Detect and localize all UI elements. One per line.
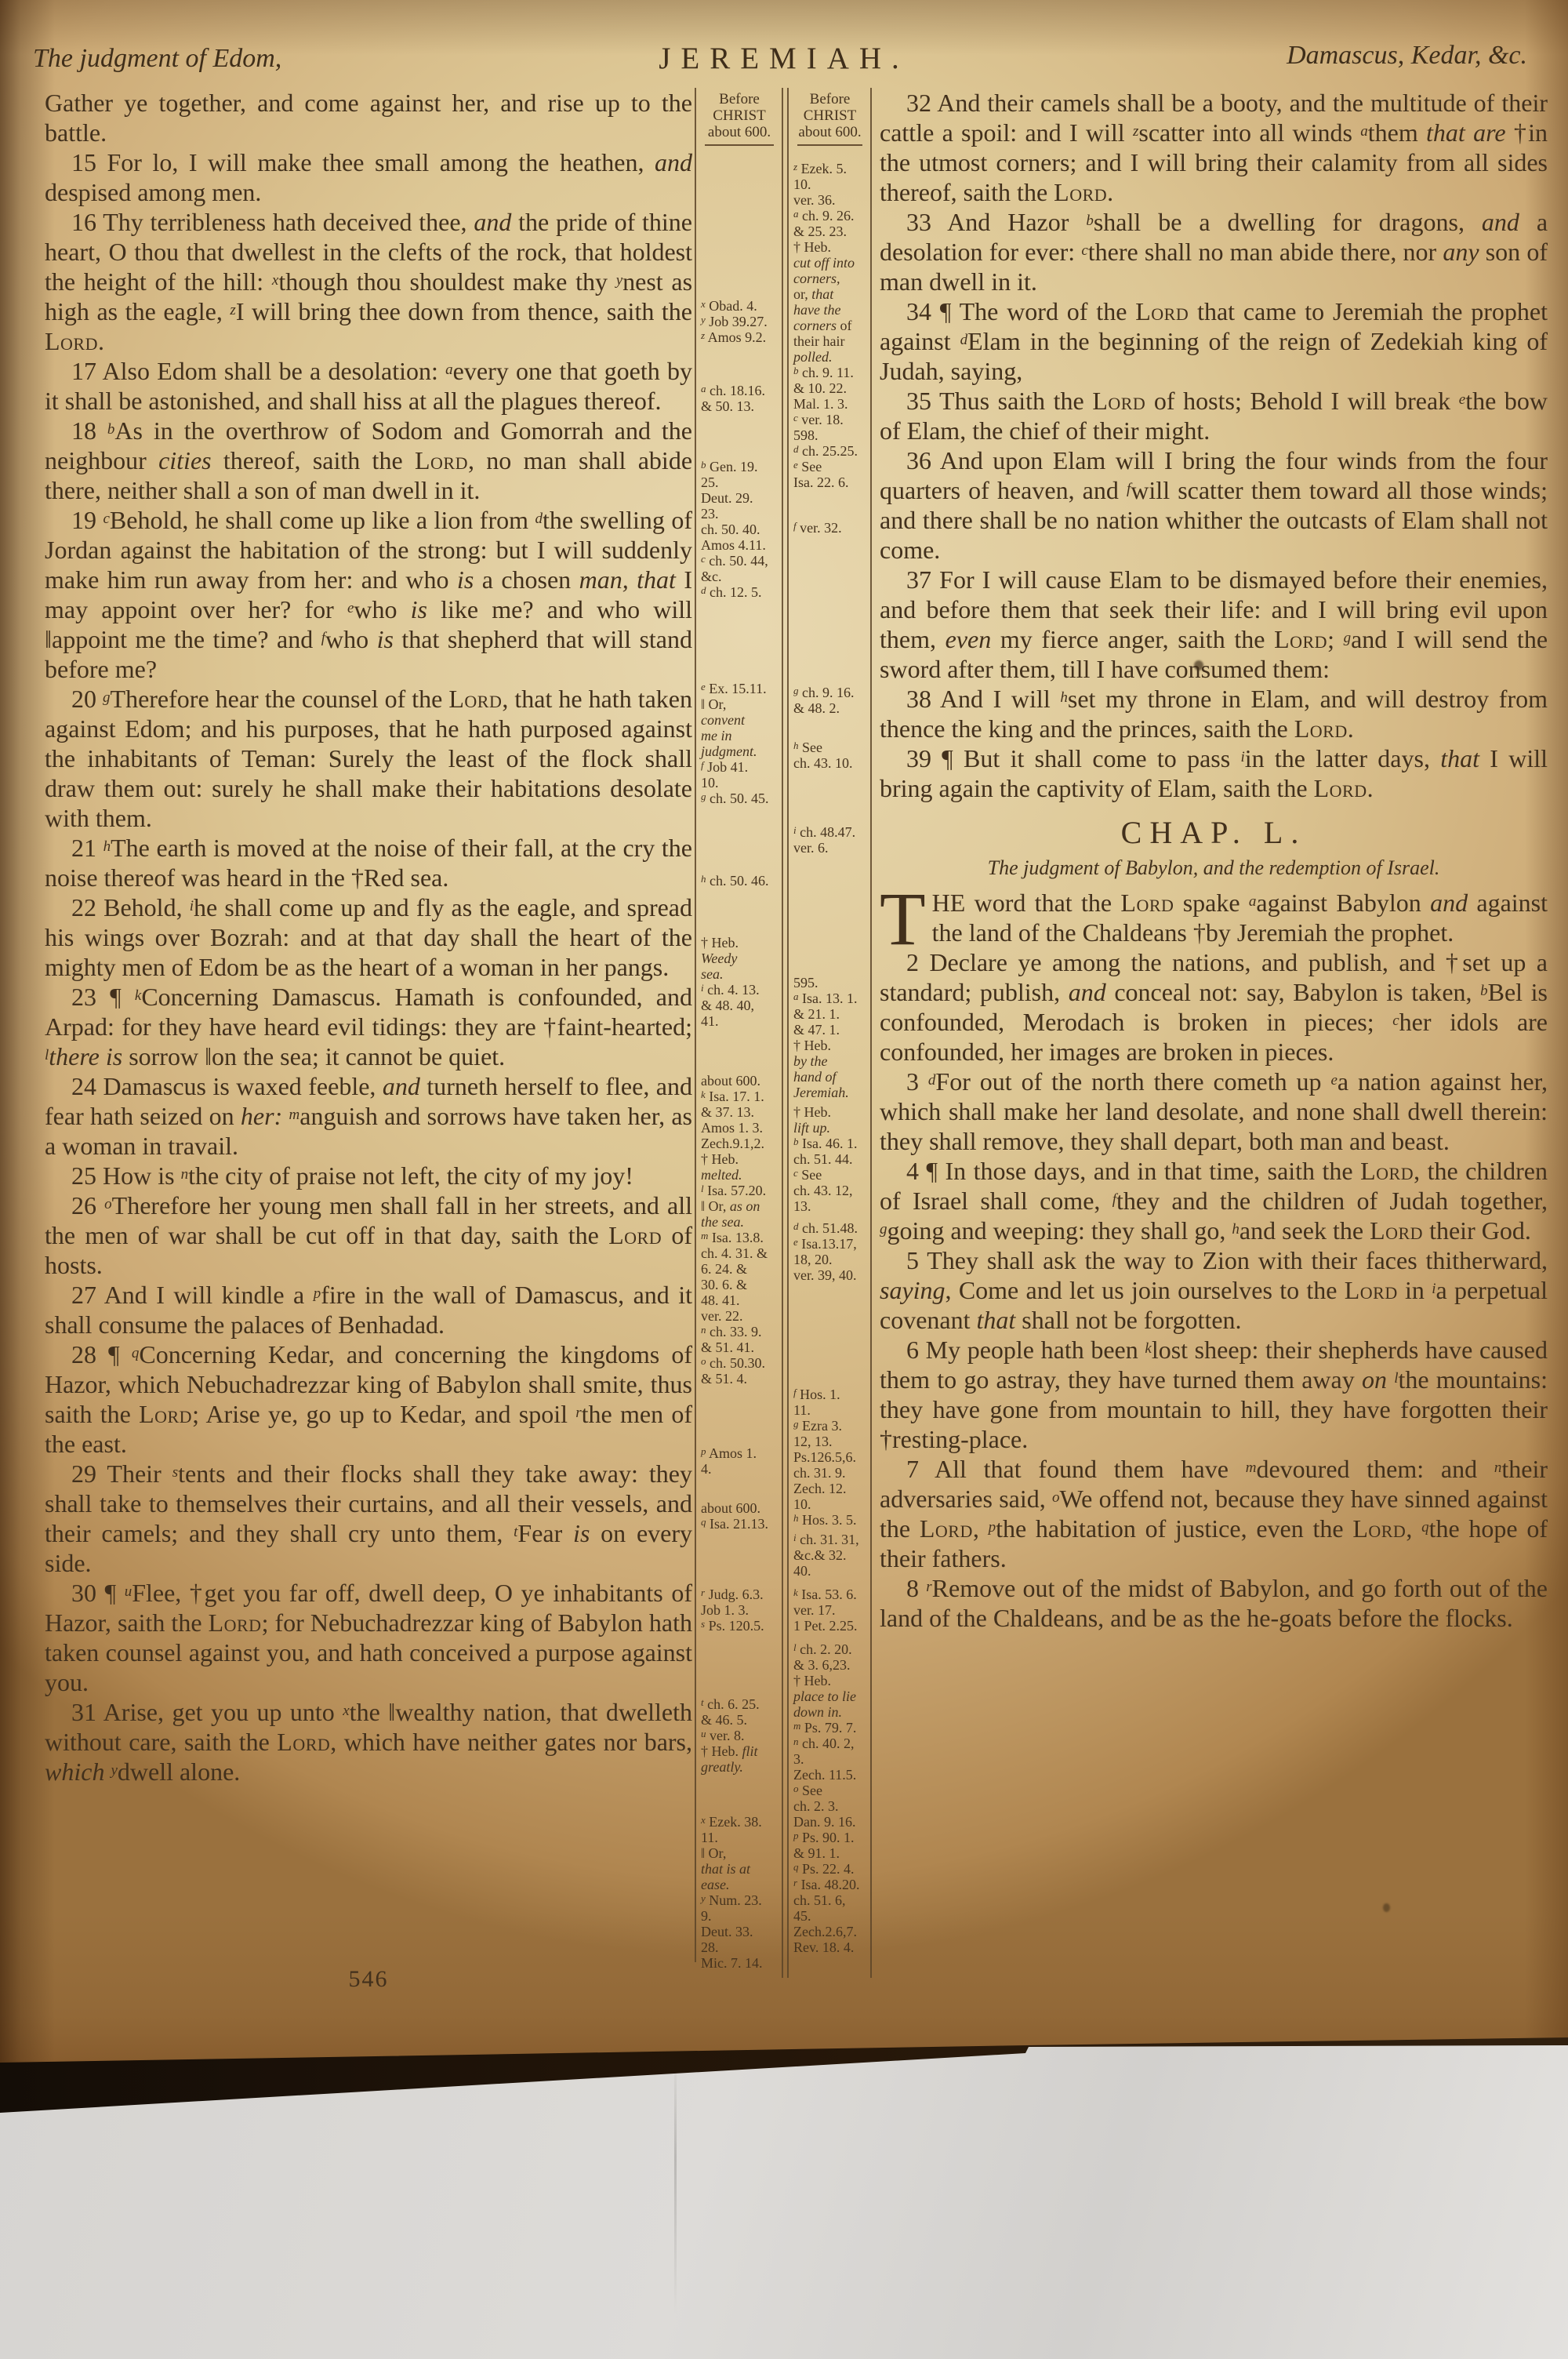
verse-paragraph: 26 oTherefore her young men shall fall i…: [45, 1190, 692, 1280]
margin-note-line: hand of: [793, 1069, 869, 1085]
margin-note-line: Deut. 33.: [701, 1924, 780, 1939]
margin-note-line: 595.: [793, 975, 869, 990]
verse-paragraph: 7 All that found them have mdevoured the…: [880, 1454, 1548, 1573]
margin-note-line: & 3. 6,23.: [793, 1657, 869, 1673]
margin-note-group: † Heb.lift up.b Isa. 46. 1.ch. 51. 44.c …: [793, 1104, 869, 1214]
verse-paragraph: 2 Declare ye among the nations, and publ…: [880, 947, 1548, 1067]
margin-note-line: & 51. 41.: [701, 1339, 780, 1355]
margin-note-line: k Isa. 53. 6.: [793, 1587, 869, 1602]
verse-paragraph: 28 ¶ qConcerning Kedar, and concerning t…: [45, 1339, 692, 1459]
margin-note-line: & 21. 1.: [793, 1006, 869, 1022]
margin-note-line: about 600.: [701, 1073, 780, 1089]
page-number: 546: [45, 1966, 692, 1993]
margin-note-line: † Heb.: [793, 1038, 869, 1053]
margin-note-group: k Isa. 53. 6.ver. 17.1 Pet. 2.25.: [793, 1587, 869, 1634]
margin-note-line: t ch. 6. 25.: [701, 1696, 780, 1712]
margin-note-group: l ch. 2. 20. & 3. 6,23.† Heb.place to li…: [793, 1641, 869, 1955]
margin-note-line: Amos 4.11.: [701, 537, 780, 553]
margin-note-line: Mic. 7. 14.: [701, 1955, 780, 1971]
margin-note-line: Ps.126.5,6.: [793, 1449, 869, 1465]
verse-paragraph: 19 cBehold, he shall come up like a lion…: [45, 505, 692, 684]
margin-note-line: 10.: [701, 775, 780, 791]
margin-note-line: 40.: [793, 1563, 869, 1579]
margin-note-line: l Isa. 57.20.: [701, 1183, 780, 1198]
margin-note-line: g Ezra 3.: [793, 1418, 869, 1434]
margin-note-line: judgment.: [701, 743, 780, 759]
margin-note-line: about 600.: [701, 1500, 780, 1516]
margin-note-line: & 91. 1.: [793, 1845, 869, 1861]
margin-note-group: r Judg. 6.3.Job 1. 3.s Ps. 120.5.: [701, 1587, 780, 1634]
margin-note-line: f ver. 32.: [793, 520, 869, 536]
margin-note-line: 11.: [793, 1402, 869, 1418]
verse-paragraph: 36 And upon Elam will I bring the four w…: [880, 445, 1548, 565]
margin-note-line: have the: [793, 302, 869, 318]
left-margin-column: BeforeCHRISTabout 600. x Obad. 4.y Job 3…: [699, 88, 780, 1986]
verse-paragraph: 22 Behold, ihe shall come up and fly as …: [45, 892, 692, 982]
chapter-heading: CHAP. L.: [880, 816, 1548, 850]
margin-note-line: a Isa. 13. 1.: [793, 990, 869, 1006]
verse-paragraph: 4 ¶ In those days, and in that time, sai…: [880, 1156, 1548, 1245]
margin-note-line: i ch. 4. 13.: [701, 982, 780, 998]
margin-note-group: z Ezek. 5. 10.ver. 36.a ch. 9. 26. & 25.…: [793, 161, 869, 490]
left-text-column: Gather ye together, and come against her…: [45, 88, 692, 1787]
margin-note-line: by the: [793, 1053, 869, 1069]
margin-note-line: u ver. 8.: [701, 1728, 780, 1743]
margin-header-rule: [797, 144, 862, 146]
margin-note-line: i ch. 48.47.: [793, 824, 869, 840]
margin-header: BeforeCHRISTabout 600.: [791, 91, 869, 140]
margin-note-line: their hair: [793, 333, 869, 349]
margin-note-line: e Ex. 15.11.: [701, 681, 780, 696]
margin-note-line: me in: [701, 728, 780, 743]
verse-paragraph: 16 Thy terribleness hath deceived thee, …: [45, 207, 692, 356]
margin-note-line: & 47. 1.: [793, 1022, 869, 1038]
margin-note-line: 10.: [793, 1496, 869, 1512]
margin-note-group: f Hos. 1. 11.g Ezra 3. 12, 13.Ps.126.5,6…: [793, 1387, 869, 1528]
margin-note-line: s Ps. 120.5.: [701, 1618, 780, 1634]
margin-note-line: m Ps. 79. 7.: [793, 1720, 869, 1736]
margin-note-line: 11.: [701, 1830, 780, 1845]
margin-note-line: sea.: [701, 966, 780, 982]
right-margin-column: BeforeCHRISTabout 600. z Ezek. 5. 10.ver…: [791, 88, 869, 1986]
first-verse-text: HE word that the Lord spake aagainst Bab…: [932, 889, 1548, 947]
verse-paragraph: 23 ¶ kConcerning Damascus. Hamath is con…: [45, 982, 692, 1071]
margin-note-line: &c.: [701, 569, 780, 584]
margin-note-line: Zech.2.6,7.: [793, 1924, 869, 1939]
margin-note-line: & 10. 22.: [793, 380, 869, 396]
margin-note-line: ease.: [701, 1877, 780, 1892]
margin-note-line: † Heb.: [701, 935, 780, 951]
margin-note-line: h Hos. 3. 5.: [793, 1512, 869, 1528]
margin-note-line: corners,: [793, 271, 869, 286]
margin-note-line: g ch. 50. 45.: [701, 791, 780, 806]
drop-cap: T: [880, 888, 932, 947]
margin-note-line: ch. 31. 9.: [793, 1465, 869, 1481]
margin-note-line: 23.: [701, 506, 780, 522]
margin-note-line: d ch. 51.48.: [793, 1220, 869, 1236]
running-head: The judgment of Edom, JEREMIAH. Damascus…: [0, 41, 1568, 78]
verse-paragraph: Gather ye together, and come against her…: [45, 88, 692, 147]
margin-note-group: about 600.k Isa. 17. 1. & 37. 13.Amos 1.…: [701, 1073, 780, 1387]
margin-note-group: x Obad. 4.y Job 39.27.z Amos 9.2.: [701, 298, 780, 345]
margin-note-line: n ch. 40. 2,: [793, 1736, 869, 1751]
margin-note-line: e Isa.13.17,: [793, 1236, 869, 1252]
margin-note-line: place to lie: [793, 1688, 869, 1704]
margin-note-line: Isa. 22. 6.: [793, 474, 869, 490]
margin-note-line: convent: [701, 712, 780, 728]
margin-note-line: 25.: [701, 474, 780, 490]
margin-note-line: f Hos. 1.: [793, 1387, 869, 1402]
margin-note-line: ‖ Or, as on: [701, 1198, 780, 1214]
verse-paragraph: 3 dFor out of the north there cometh up …: [880, 1067, 1548, 1156]
margin-note-line: 598.: [793, 427, 869, 443]
margin-note-line: lift up.: [793, 1120, 869, 1136]
margin-note-line: e See: [793, 459, 869, 474]
margin-note-line: 30. 6. &: [701, 1277, 780, 1292]
verse-paragraph: 24 Damascus is waxed feeble, and turneth…: [45, 1071, 692, 1161]
margin-note-line: 28.: [701, 1939, 780, 1955]
margin-note-line: g ch. 9. 16.: [793, 685, 869, 700]
margin-note-line: z Amos 9.2.: [701, 329, 780, 345]
margin-note-line: p Amos 1.: [701, 1445, 780, 1461]
margin-note-line: Amos 1. 3.: [701, 1120, 780, 1136]
verse-paragraph: 5 They shall ask the way to Zion with th…: [880, 1245, 1548, 1335]
margin-note-group: g ch. 9. 16. & 48. 2.: [793, 685, 869, 716]
margin-note-line: ‖ Or,: [701, 696, 780, 712]
margin-note-line: h ch. 50. 46.: [701, 873, 780, 889]
margin-note-line: † Heb.: [793, 1104, 869, 1120]
column-rule: [782, 88, 783, 1978]
margin-note-line: b ch. 9. 11.: [793, 365, 869, 380]
margin-note-line: † Heb.: [701, 1151, 780, 1167]
margin-note-line: d ch. 12. 5.: [701, 584, 780, 600]
margin-note-line: & 46. 5.: [701, 1712, 780, 1728]
verse-paragraph: 32 And their camels shall be a booty, an…: [880, 88, 1548, 207]
margin-note-line: ch. 43. 10.: [793, 755, 869, 771]
margin-note-line: c ch. 50. 44,: [701, 553, 780, 569]
margin-note-group: h Seech. 43. 10.: [793, 740, 869, 771]
margin-note-line: x Ezek. 38.: [701, 1814, 780, 1830]
margin-note-line: y Num. 23.: [701, 1892, 780, 1908]
verse-paragraph: 8 rRemove out of the midst of Babylon, a…: [880, 1573, 1548, 1633]
margin-note-line: &c.& 32.: [793, 1547, 869, 1563]
margin-note-line: k Isa. 17. 1.: [701, 1089, 780, 1104]
margin-note-line: melted.: [701, 1167, 780, 1183]
margin-note-line: Jeremiah.: [793, 1085, 869, 1100]
margin-note-line: & 48. 40,: [701, 998, 780, 1013]
margin-note-line: & 48. 2.: [793, 700, 869, 716]
margin-note-line: p Ps. 90. 1.: [793, 1830, 869, 1845]
margin-note-line: q Isa. 21.13.: [701, 1516, 780, 1532]
margin-note-line: o See: [793, 1783, 869, 1798]
margin-note-line: 6. 24. &: [701, 1261, 780, 1277]
verse-paragraph: 6 My people hath been klost sheep: their…: [880, 1335, 1548, 1454]
margin-note-line: & 50. 13.: [701, 398, 780, 414]
verse-paragraph: 34 ¶ The word of the Lord that came to J…: [880, 296, 1548, 386]
margin-note-line: 3.: [793, 1751, 869, 1767]
margin-note-line: ver. 6.: [793, 840, 869, 856]
margin-note-line: 4.: [701, 1461, 780, 1477]
verse-paragraph: 18 bAs in the overthrow of Sodom and Gom…: [45, 416, 692, 505]
margin-note-line: Zech. 11.5.: [793, 1767, 869, 1783]
margin-note-line: cut off into: [793, 255, 869, 271]
margin-note-line: Deut. 29.: [701, 490, 780, 506]
margin-note-group: a ch. 18.16. & 50. 13.: [701, 383, 780, 414]
margin-note-line: that is at: [701, 1861, 780, 1877]
margin-note-group: f ver. 32.: [793, 520, 869, 536]
verse-paragraph: 21 hThe earth is moved at the noise of t…: [45, 833, 692, 892]
margin-note-line: 12, 13.: [793, 1434, 869, 1449]
margin-note-line: c ver. 18.: [793, 412, 869, 427]
margin-note-line: 41.: [701, 1013, 780, 1029]
margin-note-line: ch. 51. 6,: [793, 1892, 869, 1908]
margin-note-line: b Isa. 46. 1.: [793, 1136, 869, 1151]
running-head-right: Damascus, Kedar, &c.: [1287, 41, 1527, 71]
margin-note-line: ‖ Or,: [701, 1845, 780, 1861]
margin-note-line: & 37. 13.: [701, 1104, 780, 1120]
verse-paragraph: 27 And I will kindle a pfire in the wall…: [45, 1280, 692, 1339]
margin-note-line: Mal. 1. 3.: [793, 396, 869, 412]
margin-note-line: b Gen. 19.: [701, 459, 780, 474]
margin-note-line: 45.: [793, 1908, 869, 1924]
margin-note-line: the sea.: [701, 1214, 780, 1230]
column-rule: [787, 88, 789, 1978]
margin-note-line: c See: [793, 1167, 869, 1183]
margin-note-line: & 51. 4.: [701, 1371, 780, 1387]
book-page: The judgment of Edom, JEREMIAH. Damascus…: [0, 0, 1568, 2086]
margin-note-line: z Ezek. 5.: [793, 161, 869, 176]
margin-note-line: 1 Pet. 2.25.: [793, 1618, 869, 1634]
verse-paragraph: 33 And Hazor bshall be a dwelling for dr…: [880, 207, 1548, 296]
margin-note-group: e Ex. 15.11.‖ Or,conventme injudgment.f …: [701, 681, 780, 806]
book-photo: { "header": { "left": "The judgment of E…: [0, 0, 1568, 2359]
margin-note-line: or, that: [793, 286, 869, 302]
margin-note-line: ch. 50. 40.: [701, 522, 780, 537]
margin-header-line: about 600.: [791, 124, 869, 140]
margin-note-group: p Amos 1. 4.: [701, 1445, 780, 1477]
verse-paragraph: 25 How is nthe city of praise not left, …: [45, 1161, 692, 1190]
margin-note-line: r Isa. 48.20.: [793, 1877, 869, 1892]
margin-note-line: 18, 20.: [793, 1252, 869, 1267]
margin-note-line: x Obad. 4.: [701, 298, 780, 314]
margin-note-line: † Heb.: [793, 1673, 869, 1688]
margin-note-line: h See: [793, 740, 869, 755]
margin-note-line: Job 1. 3.: [701, 1602, 780, 1618]
margin-note-line: a ch. 18.16.: [701, 383, 780, 398]
margin-note-group: h ch. 50. 46.: [701, 873, 780, 889]
margin-note-line: d ch. 25.25.: [793, 443, 869, 459]
margin-note-line: † Heb. flit: [701, 1743, 780, 1759]
verse-paragraph: 39 ¶ But it shall come to pass iin the l…: [880, 743, 1548, 803]
column-rule: [870, 88, 872, 1978]
margin-note-line: ch. 43. 12,: [793, 1183, 869, 1198]
verse-paragraph: 35 Thus saith the Lord of hosts; Behold …: [880, 386, 1548, 445]
margin-note-line: greatly.: [701, 1759, 780, 1775]
margin-note-line: ver. 36.: [793, 192, 869, 208]
margin-note-line: Dan. 9. 16.: [793, 1814, 869, 1830]
verse-paragraph: THE word that the Lord spake aagainst Ba…: [880, 888, 1548, 947]
margin-header-rule: [705, 144, 773, 146]
margin-note-line: ch. 4. 31. &: [701, 1245, 780, 1261]
margin-note-line: l ch. 2. 20.: [793, 1641, 869, 1657]
margin-header-line: CHRIST: [699, 107, 780, 124]
verse-paragraph: 37 For I will cause Elam to be dismayed …: [880, 565, 1548, 684]
verse-paragraph: 15 For lo, I will make thee small among …: [45, 147, 692, 207]
verse-paragraph: 31 Arise, get you up unto xthe ‖wealthy …: [45, 1697, 692, 1787]
margin-note-group: about 600.q Isa. 21.13.: [701, 1500, 780, 1532]
margin-note-line: r Judg. 6.3.: [701, 1587, 780, 1602]
margin-header-line: about 600.: [699, 124, 780, 140]
margin-note-line: 10.: [793, 176, 869, 192]
verse-paragraph: 29 Their stents and their flocks shall t…: [45, 1459, 692, 1578]
margin-note-line: 9.: [701, 1908, 780, 1924]
margin-note-line: † Heb.: [793, 239, 869, 255]
page-stain: [1383, 1903, 1390, 1912]
margin-note-group: b Gen. 19. 25.Deut. 29. 23.ch. 50. 40.Am…: [701, 459, 780, 600]
paper-crease: [674, 2055, 677, 2314]
margin-note-line: ver. 17.: [793, 1602, 869, 1618]
margin-note-group: i ch. 48.47.ver. 6.: [793, 824, 869, 856]
margin-note-line: polled.: [793, 349, 869, 365]
margin-note-line: Zech. 12.: [793, 1481, 869, 1496]
margin-note-line: corners of: [793, 318, 869, 333]
margin-note-line: f Job 41.: [701, 759, 780, 775]
margin-note-line: down in.: [793, 1704, 869, 1720]
margin-note-line: n ch. 33. 9.: [701, 1324, 780, 1339]
verse-paragraph: 30 ¶ uFlee, †get you far off, dwell deep…: [45, 1578, 692, 1697]
margin-note-line: a ch. 9. 26.: [793, 208, 869, 224]
margin-note-line: q Ps. 22. 4.: [793, 1861, 869, 1877]
right-text-column: 32 And their camels shall be a booty, an…: [880, 88, 1548, 1633]
margin-note-line: Rev. 18. 4.: [793, 1939, 869, 1955]
margin-note-line: & 25. 23.: [793, 224, 869, 239]
margin-note-group: 595.a Isa. 13. 1. & 21. 1. & 47. 1.† Heb…: [793, 975, 869, 1100]
margin-note-line: i ch. 31. 31,: [793, 1532, 869, 1547]
column-rule: [695, 88, 696, 1962]
margin-note-group: i ch. 31. 31, &c.& 32. 40.: [793, 1532, 869, 1579]
margin-note-line: Weedy: [701, 951, 780, 966]
margin-note-line: ch. 51. 44.: [793, 1151, 869, 1167]
margin-header-line: Before: [791, 91, 869, 107]
margin-note-group: d ch. 51.48.e Isa.13.17, 18, 20.ver. 39,…: [793, 1220, 869, 1283]
verse-paragraph: 17 Also Edom shall be a desolation: aeve…: [45, 356, 692, 416]
chapter-subtitle: The judgment of Babylon, and the redempt…: [880, 856, 1548, 880]
margin-note-group: x Ezek. 38. 11.‖ Or,that is atease.y Num…: [701, 1814, 780, 1971]
verse-paragraph: 38 And I will hset my throne in Elam, an…: [880, 684, 1548, 743]
margin-header-line: CHRIST: [791, 107, 869, 124]
margin-note-group: t ch. 6. 25. & 46. 5.u ver. 8.† Heb. fli…: [701, 1696, 780, 1775]
margin-note-line: 48. 41.: [701, 1292, 780, 1308]
margin-header: BeforeCHRISTabout 600.: [699, 91, 780, 140]
margin-note-group: † Heb.Weedysea.i ch. 4. 13. & 48. 40, 41…: [701, 935, 780, 1029]
margin-header-line: Before: [699, 91, 780, 107]
margin-note-line: Zech.9.1,2.: [701, 1136, 780, 1151]
margin-note-line: ver. 39, 40.: [793, 1267, 869, 1283]
margin-note-line: ver. 22.: [701, 1308, 780, 1324]
margin-note-line: m Isa. 13.8.: [701, 1230, 780, 1245]
margin-note-line: 13.: [793, 1198, 869, 1214]
margin-note-line: ch. 2. 3.: [793, 1798, 869, 1814]
margin-note-line: y Job 39.27.: [701, 314, 780, 329]
margin-note-line: o ch. 50.30.: [701, 1355, 780, 1371]
verse-paragraph: 20 gTherefore hear the counsel of the Lo…: [45, 684, 692, 833]
